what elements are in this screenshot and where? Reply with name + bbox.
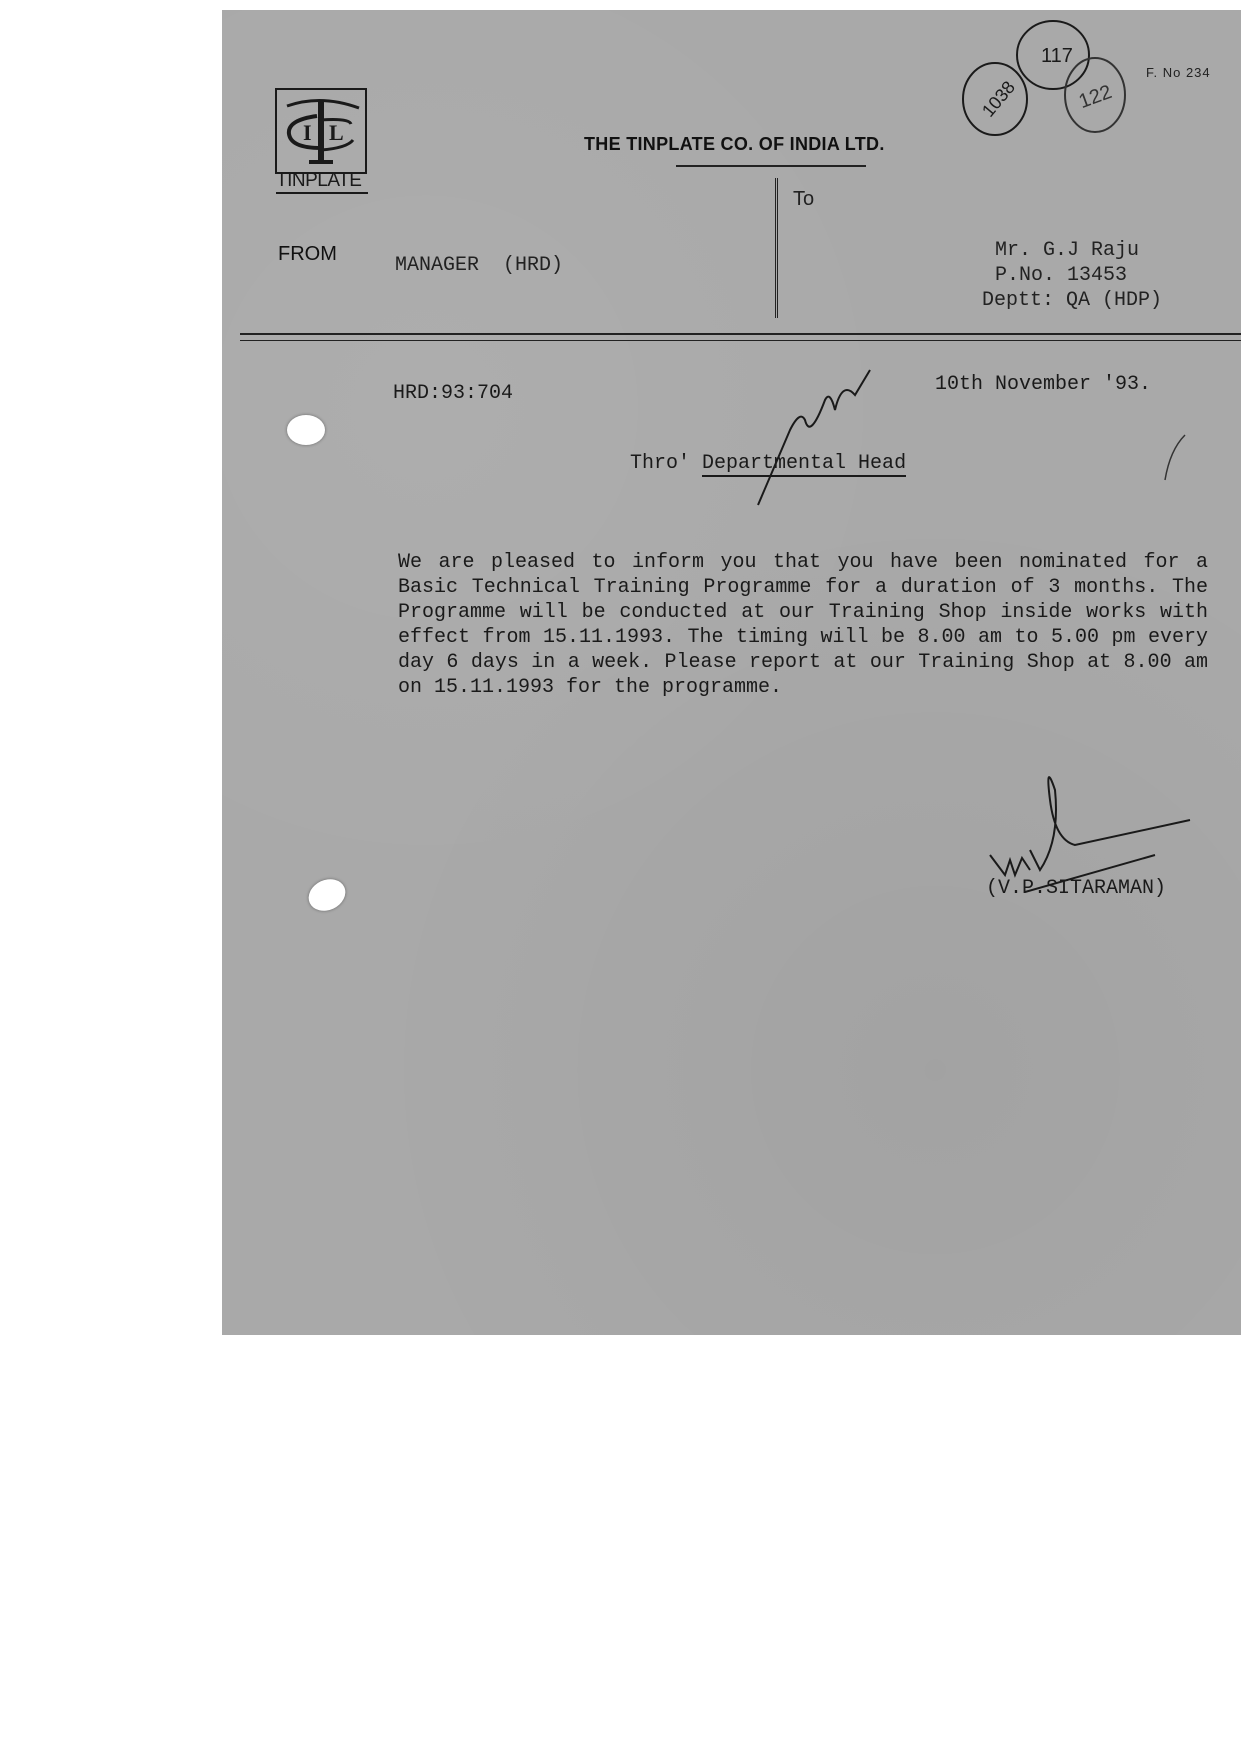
logo-wordmark: TINPLATE	[276, 170, 368, 194]
title-underline	[676, 165, 866, 167]
from-label: FROM	[278, 243, 337, 266]
header-rule	[240, 333, 1241, 335]
to-label: To	[793, 188, 814, 211]
letter-date: 10th November '93.	[935, 373, 1151, 396]
recipient-block: Mr. G.J Raju P.No. 13453 Deptt: QA (HDP)	[995, 238, 1162, 313]
through-recipient: Departmental Head	[702, 452, 906, 477]
company-logo: I L	[275, 88, 367, 174]
svg-text:L: L	[329, 120, 344, 145]
company-name: THE TINPLATE CO. OF INDIA LTD.	[584, 134, 885, 155]
svg-text:I: I	[303, 120, 312, 145]
through-prefix: Thro'	[630, 452, 690, 475]
header-rule-secondary	[240, 340, 1241, 341]
til-monogram-icon: I L	[277, 90, 365, 172]
punch-hole-upper	[287, 415, 325, 445]
recipient-dept: Deptt: QA (HDP)	[982, 288, 1162, 313]
from-to-divider	[775, 178, 778, 318]
sender: MANAGER (HRD)	[395, 254, 563, 277]
letter-body: We are pleased to inform you that you ha…	[398, 550, 1208, 700]
recipient-pno: P.No. 13453	[995, 263, 1162, 288]
reference-number: HRD:93:704	[393, 382, 513, 405]
through-line: Thro' Departmental Head	[630, 452, 906, 475]
signatory-name: (V.P.SITARAMAN)	[986, 877, 1166, 900]
file-number: F. No 234	[1146, 65, 1211, 80]
recipient-name: Mr. G.J Raju	[995, 238, 1162, 263]
